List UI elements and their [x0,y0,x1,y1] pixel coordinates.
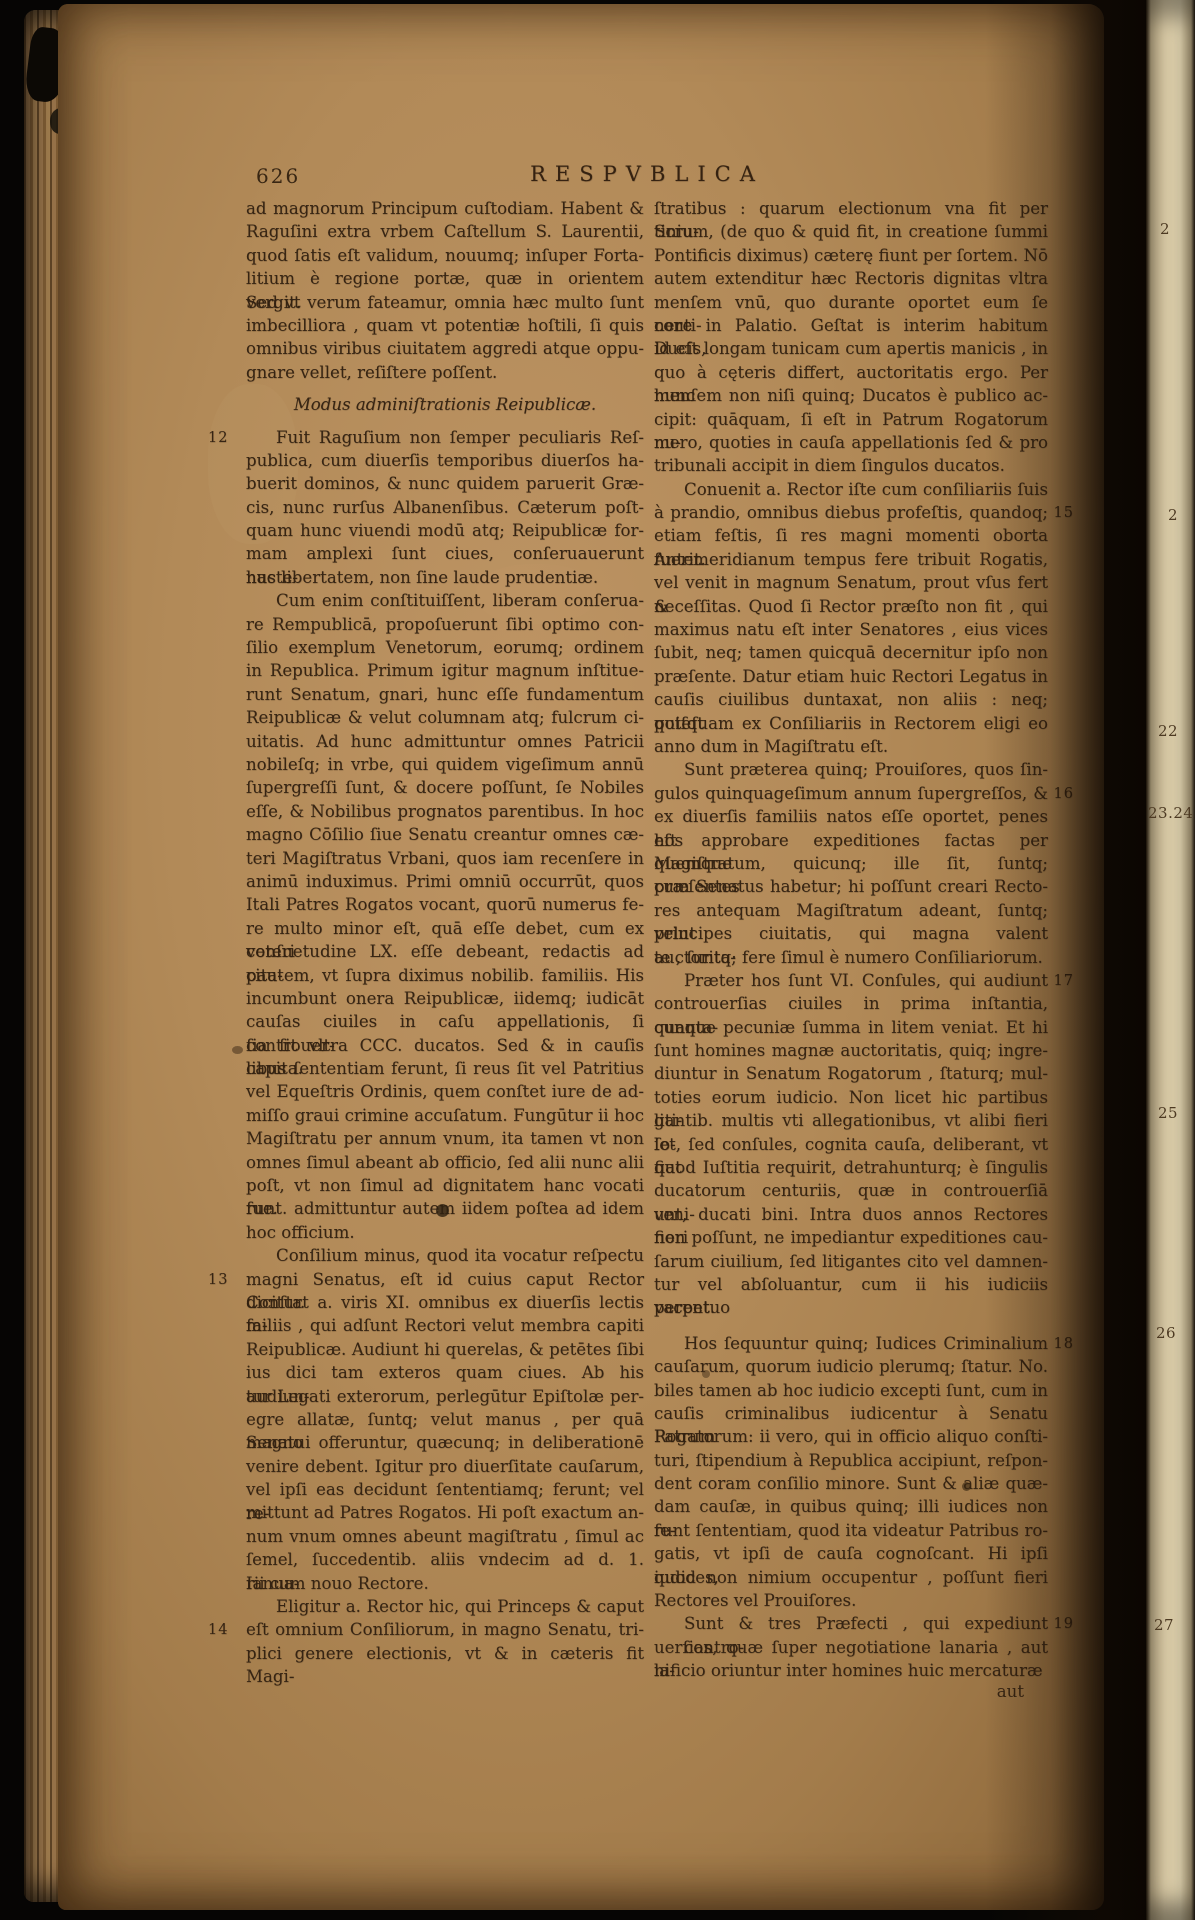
edge-number: 26 [1156,1324,1176,1342]
text-line: poſt, vt non ſimul ad dignitatem hanc vo… [246,1174,644,1197]
spine-shadow [985,0,1150,1920]
text-line: quam hunc viuendi modū atq; Reipublicæ f… [246,519,644,542]
catchword: aut [654,1682,1024,1701]
running-title: RESPVBLICA [246,162,1048,186]
margin-number: 14 [208,1619,228,1642]
text-line: Itali Patres Rogatos vocant, quorū numer… [246,893,644,916]
edge-number: 2 [1168,506,1178,524]
edge-number: 23.24 [1148,804,1193,822]
text-line: ſupergreſſi ſunt, & docere poſſunt, ſe N… [246,776,644,799]
paragraph: Fuit Raguſium non ſemper peculiaris Reſ-… [246,426,644,590]
text-line: publica, cum diuerſis temporibus diuerſo… [246,449,644,472]
text-line: buerit dominos, & nunc quidem paruerit G… [246,472,644,495]
text-line: citatem, vt ſupra diximus nobilib. famil… [246,964,644,987]
margin-number: 12 [208,427,228,450]
edge-number: 25 [1158,1104,1178,1122]
paper-stain [962,1482,971,1491]
text-line: libus ſententiam ferunt, ſi reus ſit vel… [246,1057,644,1080]
edge-number: 22 [1158,722,1178,740]
paragraph: Conſilium minus, quod ita vocatur reſpec… [246,1244,644,1595]
text-line: Conſtat a. viris XI. omnibus ex diuerſis… [246,1291,644,1314]
paper-stain [702,1370,710,1378]
book-photo: 626 RESPVBLICA ad magnorum Principum cuſ… [0,0,1195,1920]
text-line: in Republica. Primum igitur magnum inſti… [246,659,644,682]
text-line: litium è regione portæ, quæ in orientem … [246,267,644,290]
ink-blot [436,1204,449,1217]
text-line: incumbunt onera Reipublicæ, iidemq; iudi… [246,987,644,1010]
text-line: ſemel, ſuccedentib. aliis vndecim ad d. … [246,1548,644,1571]
text-line: ad magnorum Principum cuſtodiam. Habent … [246,197,644,220]
column-left: ad magnorum Principum cuſtodiam. Habent … [246,197,644,1665]
text-line: Reipublicæ. Audiunt hi querelas, & petēt… [246,1338,644,1361]
edge-number: 2 [1160,220,1170,238]
text-line: imbecilliora , quam vt potentiæ hoſtili,… [246,314,644,337]
text-line: ſilio exemplum Venetorum, eorumq; ordine… [246,636,644,659]
margin-number: 13 [208,1269,228,1292]
text-line: vel Equeſtris Ordinis, quem conſtet iure… [246,1080,644,1103]
paper-stain [232,1046,243,1054]
paragraph: ad magnorum Principum cuſtodiam. Habent … [246,197,644,384]
text-line: mittunt ad Patres Rogatos. Hi poſt exact… [246,1501,644,1524]
edge-number: 27 [1154,1616,1174,1634]
text-line: venire debent. Igitur pro diuerſitate ca… [246,1455,644,1478]
text-line: egre allatæ, ſuntq; velut manus , per qu… [246,1408,644,1431]
text-line: omnibus viribus ciuitatem aggredi atque … [246,337,644,360]
text-line: tur Legati exterorum, perlegūtur Epiſtol… [246,1385,644,1408]
text-line: Reipublicæ & velut columnam atq; fulcrum… [246,706,644,729]
text-line: re Rempublicā, propoſuerunt ſibi optimo … [246,613,644,636]
text-line: eſſe, & Nobilibus prognatos parentibus. … [246,800,644,823]
text-line: animū induximus. Primi omniū occurrūt, q… [246,870,644,893]
text-line: Raguſini extra vrbem Caſtellum S. Lauren… [246,220,644,243]
text-line: Cum enim conſtituiſſent, liberam conſeru… [246,589,644,612]
text-line: re multo minor eſt, quā eſſe debet, cum … [246,917,644,940]
text-line: quod ſatis eſt validum, nouumq; inſuper … [246,244,644,267]
text-line: miliis , qui adſunt Rectori velut membra… [246,1314,644,1337]
text-line: runt Senatum, gnari, hunc eſſe fundament… [246,683,644,706]
text-line: uitatis. Ad hunc admittuntur omnes Patri… [246,730,644,753]
text-line: magni Senatus, eſt id cuius caput Rector… [246,1268,644,1291]
paragraph: Eligitur a. Rector hic, qui Princeps & c… [246,1595,644,1665]
text-line: ius dici tam exteros quam ciues. Ab his … [246,1361,644,1384]
text-line: rii cum nouo Rectore. [246,1572,644,1595]
text-line: Senatui offeruntur, quæcunq; in delibera… [246,1431,644,1454]
text-line: gnare vellet, reſiſtere poſſent. [246,361,644,384]
text-line: vel ipſi eas decidunt ſententiamq; ferun… [246,1478,644,1501]
text-line: hoc officium. [246,1221,644,1244]
text-line: plici genere electionis, vt & in cæteris… [246,1642,644,1665]
text-line: Magiſtratu per annum vnum, ita tamen vt … [246,1127,644,1150]
text-line: omnes ſimul abeant ab officio, ſed alii … [246,1151,644,1174]
text-line: eſt omnium Conſiliorum, in magno Senatu,… [246,1618,644,1641]
text-line: magno Cōſilio ſiue Senatu creantur omnes… [246,823,644,846]
text-line: nus libertatem, non ſine laude prudentiæ… [246,566,644,589]
text-line: cauſas ciuiles in caſu appellationis, ſi… [246,1010,644,1033]
text-line: nobileſq; in vrbe, qui quidem vigeſimum … [246,753,644,776]
text-line: conſuetudine LX. eſſe debeant, redactis … [246,940,644,963]
section-heading: Modus adminiſtrationis Reipublicæ. [246,393,644,416]
text-line: miſſo graui crimine accuſatum. Fungūtur … [246,1104,644,1127]
text-line: Conſilium minus, quod ita vocatur reſpec… [246,1244,644,1267]
text-line: cis, nunc rurſus Albanenſibus. Cæterum p… [246,496,644,519]
text-line: teri Magiſtratus Vrbani, quos iam recenſ… [246,847,644,870]
text-line: Eligitur a. Rector hic, qui Princeps & c… [246,1595,644,1618]
text-line: Sed vt verum fateamur, omnia hæc multo ſ… [246,291,644,314]
text-line: ſia ſit vltra CCC. ducatos. Sed & in cau… [246,1034,644,1057]
text-line: mam amplexi ſunt ciues, conſeruauerunt h… [246,542,644,565]
text-line: Fuit Raguſium non ſemper peculiaris Reſ-… [246,426,644,449]
text-line: num vnum omnes abeunt magiſtratu , ſimul… [246,1525,644,1548]
paragraph: Cum enim conſtituiſſent, liberam conſeru… [246,589,644,1244]
